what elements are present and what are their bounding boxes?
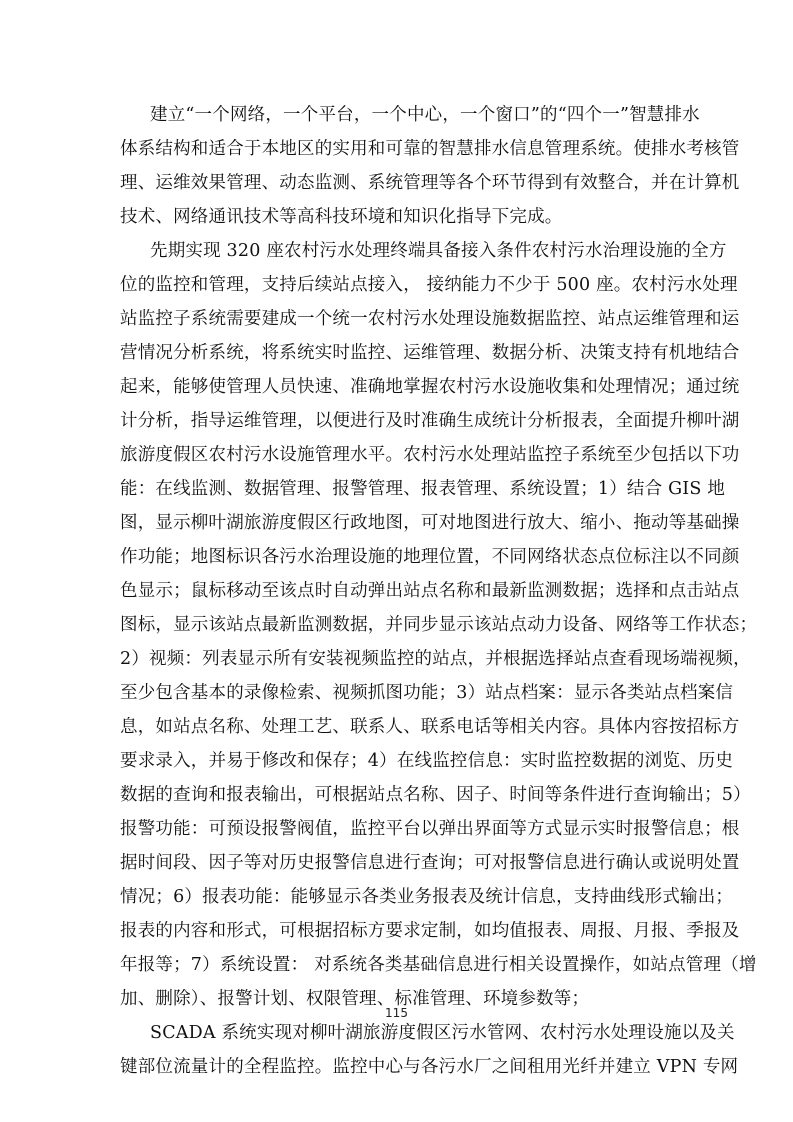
text-line: 报警功能：可预设报警阀值，监控平台以弹出界面等方式显示实时报警信息；根 xyxy=(120,812,673,846)
text-line: 建立“一个网络，一个平台，一个中心，一个窗口”的“四个一”智慧排水 xyxy=(120,98,673,132)
paragraph-smart-drainage-architecture: 建立“一个网络，一个平台，一个中心，一个窗口”的“四个一”智慧排水 体系结构和适… xyxy=(120,98,673,234)
document-body: 建立“一个网络，一个平台，一个中心，一个窗口”的“四个一”智慧排水 体系结构和适… xyxy=(120,98,673,1084)
text-line: 计分析，指导运维管理，以便进行及时准确生成统计分析报表，全面提升柳叶湖 xyxy=(120,404,673,438)
text-line: 据时间段、因子等对历史报警信息进行查询；可对报警信息进行确认或说明处置 xyxy=(120,846,673,880)
text-line: 起来，能够使管理人员快速、准确地掌握农村污水设施收集和处理情况；通过统 xyxy=(120,370,673,404)
text-line: 先期实现 320 座农村污水处理终端具备接入条件农村污水治理设施的全方 xyxy=(120,234,673,268)
text-line: 至少包含基本的录像检索、视频抓图功能；3）站点档案：显示各类站点档案信 xyxy=(120,676,673,710)
text-line: 营情况分析系统，将系统实时监控、运维管理、数据分析、决策支持有机地结合 xyxy=(120,336,673,370)
text-line: 色显示；鼠标移动至该点时自动弹出站点名称和最新监测数据；选择和点击站点 xyxy=(120,574,673,608)
text-line: 2）视频：列表显示所有安装视频监控的站点，并根据选择站点查看现场端视频， xyxy=(120,642,673,676)
text-line: 情况；6）报表功能：能够显示各类业务报表及统计信息，支持曲线形式输出； xyxy=(120,880,673,914)
text-line: 位的监控和管理，支持后续站点接入， 接纳能力不少于 500 座。农村污水处理 xyxy=(120,268,673,302)
text-line: 能：在线监测、数据管理、报警管理、报表管理、系统设置；1）结合 GIS 地 xyxy=(120,472,673,506)
text-line: 站监控子系统需要建成一个统一农村污水处理设施数据监控、站点运维管理和运 xyxy=(120,302,673,336)
text-line: 数据的查询和报表输出，可根据站点名称、因子、时间等条件进行查询输出；5） xyxy=(120,778,673,812)
text-line: 要求录入，并易于修改和保存；4）在线监控信息：实时监控数据的浏览、历史 xyxy=(120,744,673,778)
page-number: 115 xyxy=(0,1006,793,1020)
paragraph-scada-system: SCADA 系统实现对柳叶湖旅游度假区污水管网、农村污水处理设施以及关 键部位流… xyxy=(120,1016,673,1084)
text-line: 键部位流量计的全程监控。监控中心与各污水厂之间租用光纤并建立 VPN 专网 xyxy=(120,1050,673,1084)
text-line: 图，显示柳叶湖旅游度假区行政地图，可对地图进行放大、缩小、拖动等基础操 xyxy=(120,506,673,540)
paragraph-rural-sewage-monitoring: 先期实现 320 座农村污水处理终端具备接入条件农村污水治理设施的全方 位的监控… xyxy=(120,234,673,1016)
text-line: 理、运维效果管理、动态监测、系统管理等各个环节得到有效整合，并在计算机 xyxy=(120,166,673,200)
text-line: 旅游度假区农村污水设施管理水平。农村污水处理站监控子系统至少包括以下功 xyxy=(120,438,673,472)
text-line: 年报等；7）系统设置： 对系统各类基础信息进行相关设置操作，如站点管理（增 xyxy=(120,948,673,982)
text-line: 体系结构和适合于本地区的实用和可靠的智慧排水信息管理系统。使排水考核管 xyxy=(120,132,673,166)
text-line: 作功能；地图标识各污水治理设施的地理位置，不同网络状态点位标注以不同颜 xyxy=(120,540,673,574)
text-line: 报表的内容和形式，可根据招标方要求定制，如均值报表、周报、月报、季报及 xyxy=(120,914,673,948)
text-line: 技术、网络通讯技术等高科技环境和知识化指导下完成。 xyxy=(120,200,673,234)
text-line: SCADA 系统实现对柳叶湖旅游度假区污水管网、农村污水处理设施以及关 xyxy=(120,1016,673,1050)
text-line: 息，如站点名称、处理工艺、联系人、联系电话等相关内容。具体内容按招标方 xyxy=(120,710,673,744)
text-line: 图标，显示该站点最新监测数据，并同步显示该站点动力设备、网络等工作状态； xyxy=(120,608,673,642)
